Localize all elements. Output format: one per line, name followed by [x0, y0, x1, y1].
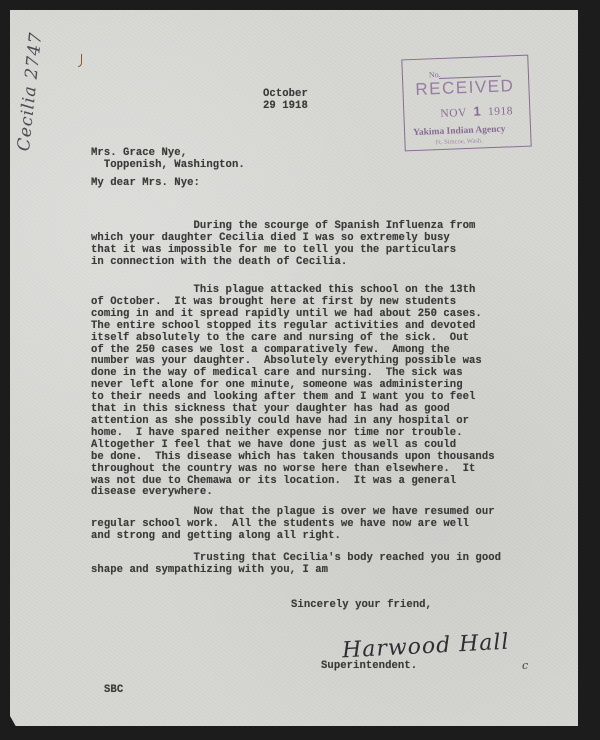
scanned-document-viewer: Cecilia 2747 No. RECEIVED NOV 1 1918 Yak… [0, 0, 600, 740]
signer-title: Superintendent. [321, 661, 417, 673]
received-stamp: No. RECEIVED NOV 1 1918 Yakima Indian Ag… [401, 55, 531, 152]
complimentary-closing: Sincerely your friend, [291, 600, 432, 612]
body-paragraph-4: Trusting that Cecilia's body reached you… [91, 553, 501, 577]
stamp-date-day: 1 [473, 103, 481, 118]
stamp-agency: Yakima Indian Agency [413, 125, 506, 139]
body-paragraph-1: During the scourge of Spanish Influenza … [91, 221, 475, 269]
stamp-date-year: 1918 [488, 105, 513, 118]
letter-date: October 29 1918 [263, 89, 308, 113]
typist-initials: SBC [104, 685, 123, 697]
recipient-address: Mrs. Grace Nye, Toppenish, Washington. [91, 148, 245, 172]
stamp-received-title: RECEIVED [415, 76, 515, 100]
stamp-date: NOV 1 1918 [440, 102, 513, 120]
body-paragraph-2: This plague attacked this school on the … [91, 285, 495, 499]
body-paragraph-3: Now that the plague is over we have resu… [91, 507, 495, 543]
stamp-location: Ft. Simcoe, Wash. [435, 137, 482, 146]
pencil-tick-mark [78, 54, 82, 67]
signature-mark: c [522, 659, 528, 672]
salutation: My dear Mrs. Nye: [91, 178, 200, 190]
stamp-date-month: NOV [440, 107, 467, 120]
